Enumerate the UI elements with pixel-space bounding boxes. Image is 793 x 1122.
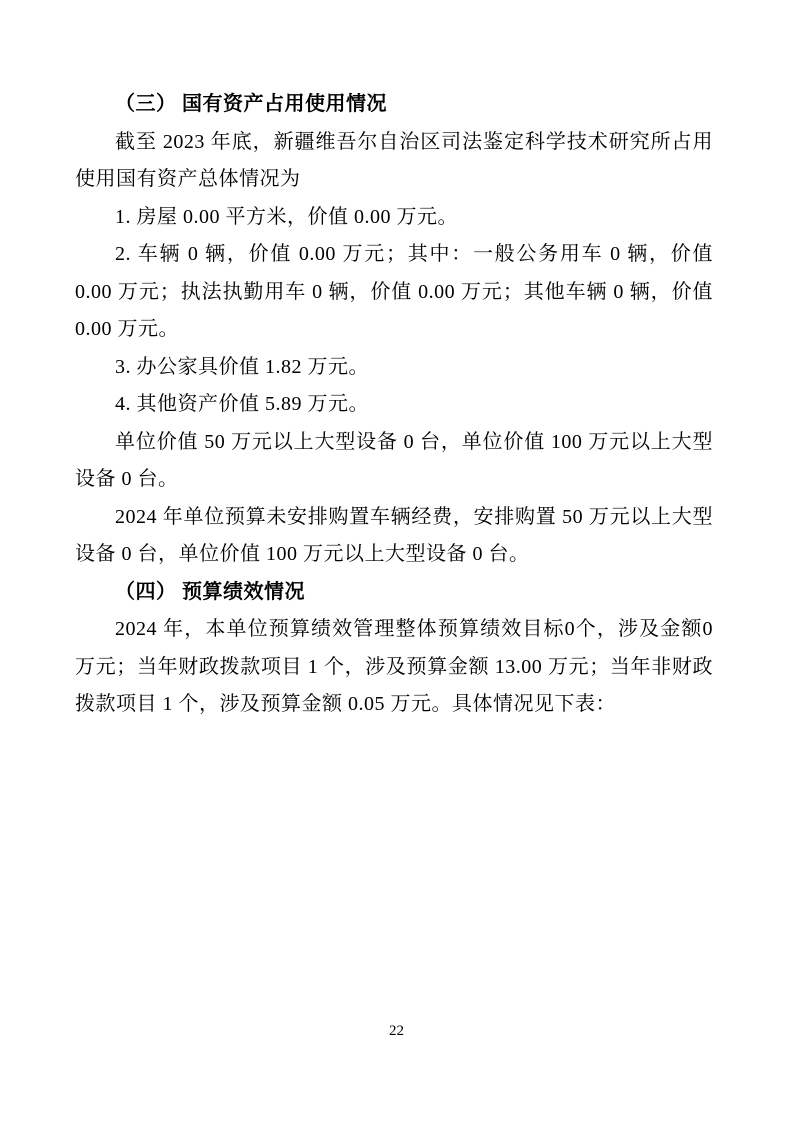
- section-heading-budget-performance: （四） 预算绩效情况: [75, 574, 713, 612]
- document-body: （三） 国有资产占用使用情况 截至 2023 年底，新疆维吾尔自治区司法鉴定科学…: [75, 86, 713, 724]
- paragraph-item-office-furniture: 3. 办公家具价值 1.82 万元。: [75, 349, 713, 387]
- page-footer-number: 22: [0, 1021, 793, 1041]
- paragraph-item-other-assets: 4. 其他资产价值 5.89 万元。: [75, 386, 713, 424]
- section-heading-state-assets: （三） 国有资产占用使用情况: [75, 86, 713, 124]
- paragraph-2024-procurement: 2024 年单位预算未安排购置车辆经费，安排购置 50 万元以上大型设备 0 台…: [75, 499, 713, 574]
- paragraph-item-vehicles: 2. 车辆 0 辆，价值 0.00 万元；其中：一般公务用车 0 辆，价值 0.…: [75, 236, 713, 349]
- paragraph-item-housing: 1. 房屋 0.00 平方米，价值 0.00 万元。: [75, 199, 713, 237]
- document-page: （三） 国有资产占用使用情况 截至 2023 年底，新疆维吾尔自治区司法鉴定科学…: [0, 0, 793, 1122]
- paragraph-large-equipment: 单位价值 50 万元以上大型设备 0 台，单位价值 100 万元以上大型设备 0…: [75, 424, 713, 499]
- paragraph-assets-overview: 截至 2023 年底，新疆维吾尔自治区司法鉴定科学技术研究所占用使用国有资产总体…: [75, 124, 713, 199]
- paragraph-budget-performance: 2024 年，本单位预算绩效管理整体预算绩效目标0个，涉及金额0万元；当年财政拨…: [75, 611, 713, 724]
